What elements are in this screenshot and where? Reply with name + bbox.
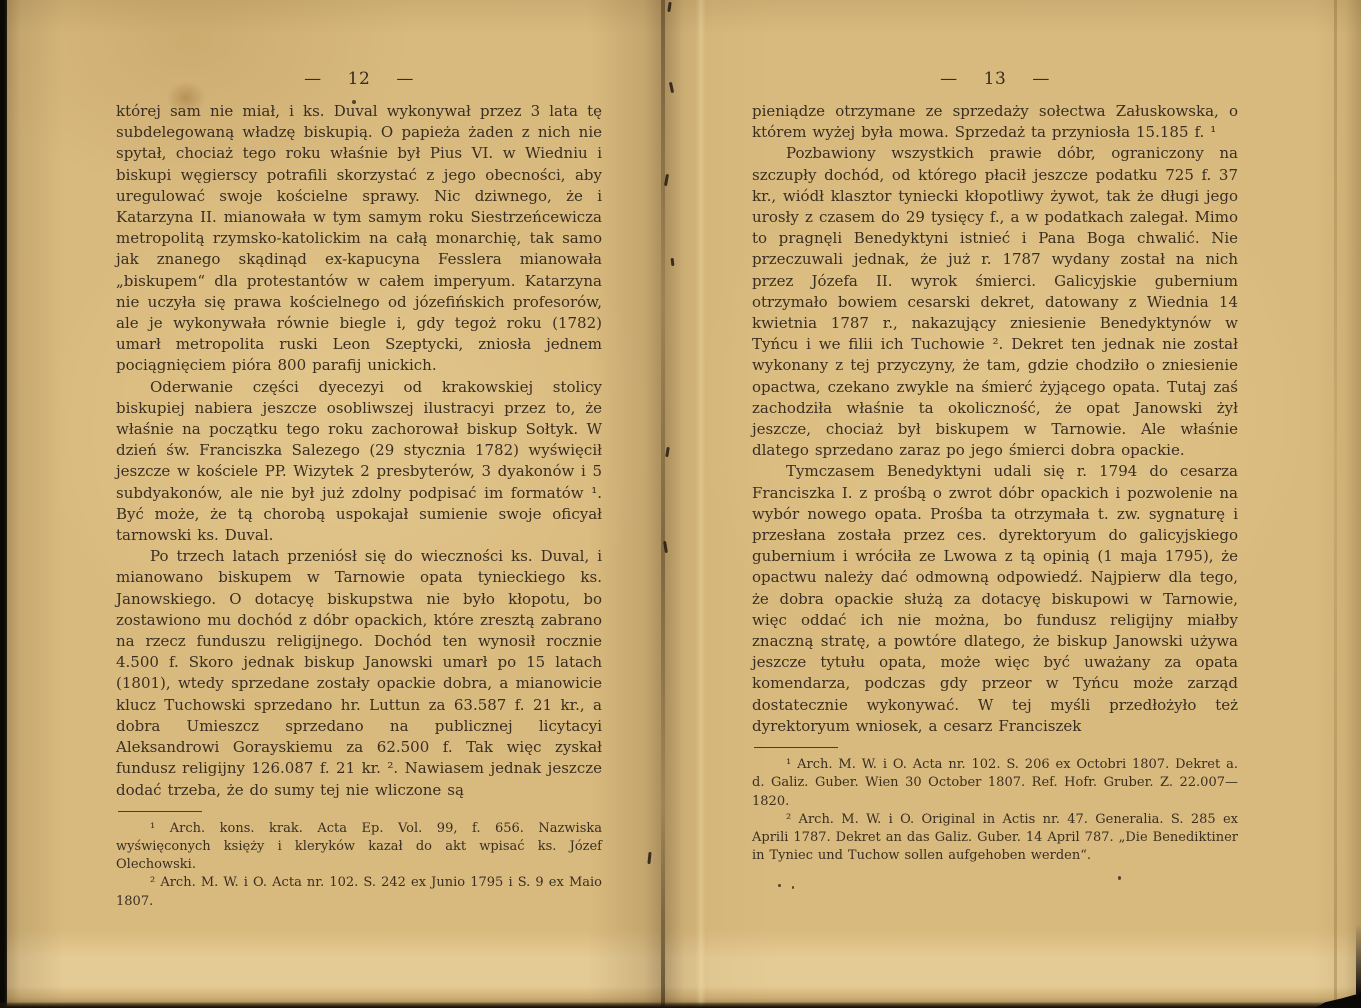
header-dash-right: — — [1032, 69, 1050, 89]
page-12-body: której sam nie miał, i ks. Duval wykonyw… — [116, 101, 602, 801]
paragraph: Tymczasem Benedyktyni udali się r. 1794 … — [752, 461, 1238, 737]
binding-stitch — [663, 541, 668, 553]
scan-edge-left — [0, 0, 7, 1008]
header-dash-left: — — [304, 69, 322, 89]
header-dash-left: — — [940, 69, 958, 89]
binding-stitch — [671, 258, 675, 266]
binding-stitch — [669, 82, 674, 93]
scan-edge-right — [1356, 924, 1361, 994]
paragraph: Oderwanie części dyecezyi od krakowskiej… — [116, 377, 602, 547]
page-12: — 12 — której sam nie miał, i ks. Duval … — [116, 0, 602, 1008]
paragraph: pieniądze otrzymane ze sprzedaży sołectw… — [752, 101, 1238, 143]
binding-stitch — [647, 852, 651, 864]
paragraph: której sam nie miał, i ks. Duval wykonyw… — [116, 101, 602, 377]
header-dash-right: — — [396, 69, 414, 89]
binding-stitch — [664, 174, 669, 186]
footnote: ² Arch. M. W. i O. Original in Actis nr.… — [752, 811, 1238, 866]
binding-stitch — [665, 447, 670, 457]
footnote-separator — [754, 747, 838, 748]
footnote-separator — [118, 811, 202, 812]
page-13-header: — 13 — — [752, 0, 1238, 89]
footnote: ¹ Arch. kons. krak. Acta Ep. Vol. 99, f.… — [116, 820, 602, 875]
page-number-left: 12 — [348, 69, 371, 89]
book-spine-crease — [661, 0, 665, 1008]
page-12-footnotes: ¹ Arch. kons. krak. Acta Ep. Vol. 99, f.… — [116, 820, 602, 911]
page-number-right: 13 — [984, 69, 1007, 89]
scan-corner-bottom-right — [1315, 993, 1361, 1008]
binding-stitch — [667, 2, 671, 12]
paragraph: Pozbawiony wszystkich prawie dóbr, ogran… — [752, 143, 1238, 461]
page-12-header: — 12 — — [116, 0, 602, 89]
book-scan: — 12 — której sam nie miał, i ks. Duval … — [0, 0, 1361, 1008]
page-13-body: pieniądze otrzymane ze sprzedaży sołectw… — [752, 101, 1238, 737]
book-spine-highlight — [696, 0, 706, 1008]
paragraph: Po trzech latach przeniósł się do wieczn… — [116, 546, 602, 800]
footnote: ² Arch. M. W. i O. Acta nr. 102. S. 242 … — [116, 874, 602, 910]
scan-edge-bottom — [0, 1002, 1361, 1008]
page-fold-line — [1334, 0, 1337, 1008]
page-13: — 13 — pieniądze otrzymane ze sprzedaży … — [752, 0, 1238, 1008]
footnote: ¹ Arch. M. W. i O. Acta nr. 102. S. 206 … — [752, 756, 1238, 811]
page-13-footnotes: ¹ Arch. M. W. i O. Acta nr. 102. S. 206 … — [752, 756, 1238, 865]
